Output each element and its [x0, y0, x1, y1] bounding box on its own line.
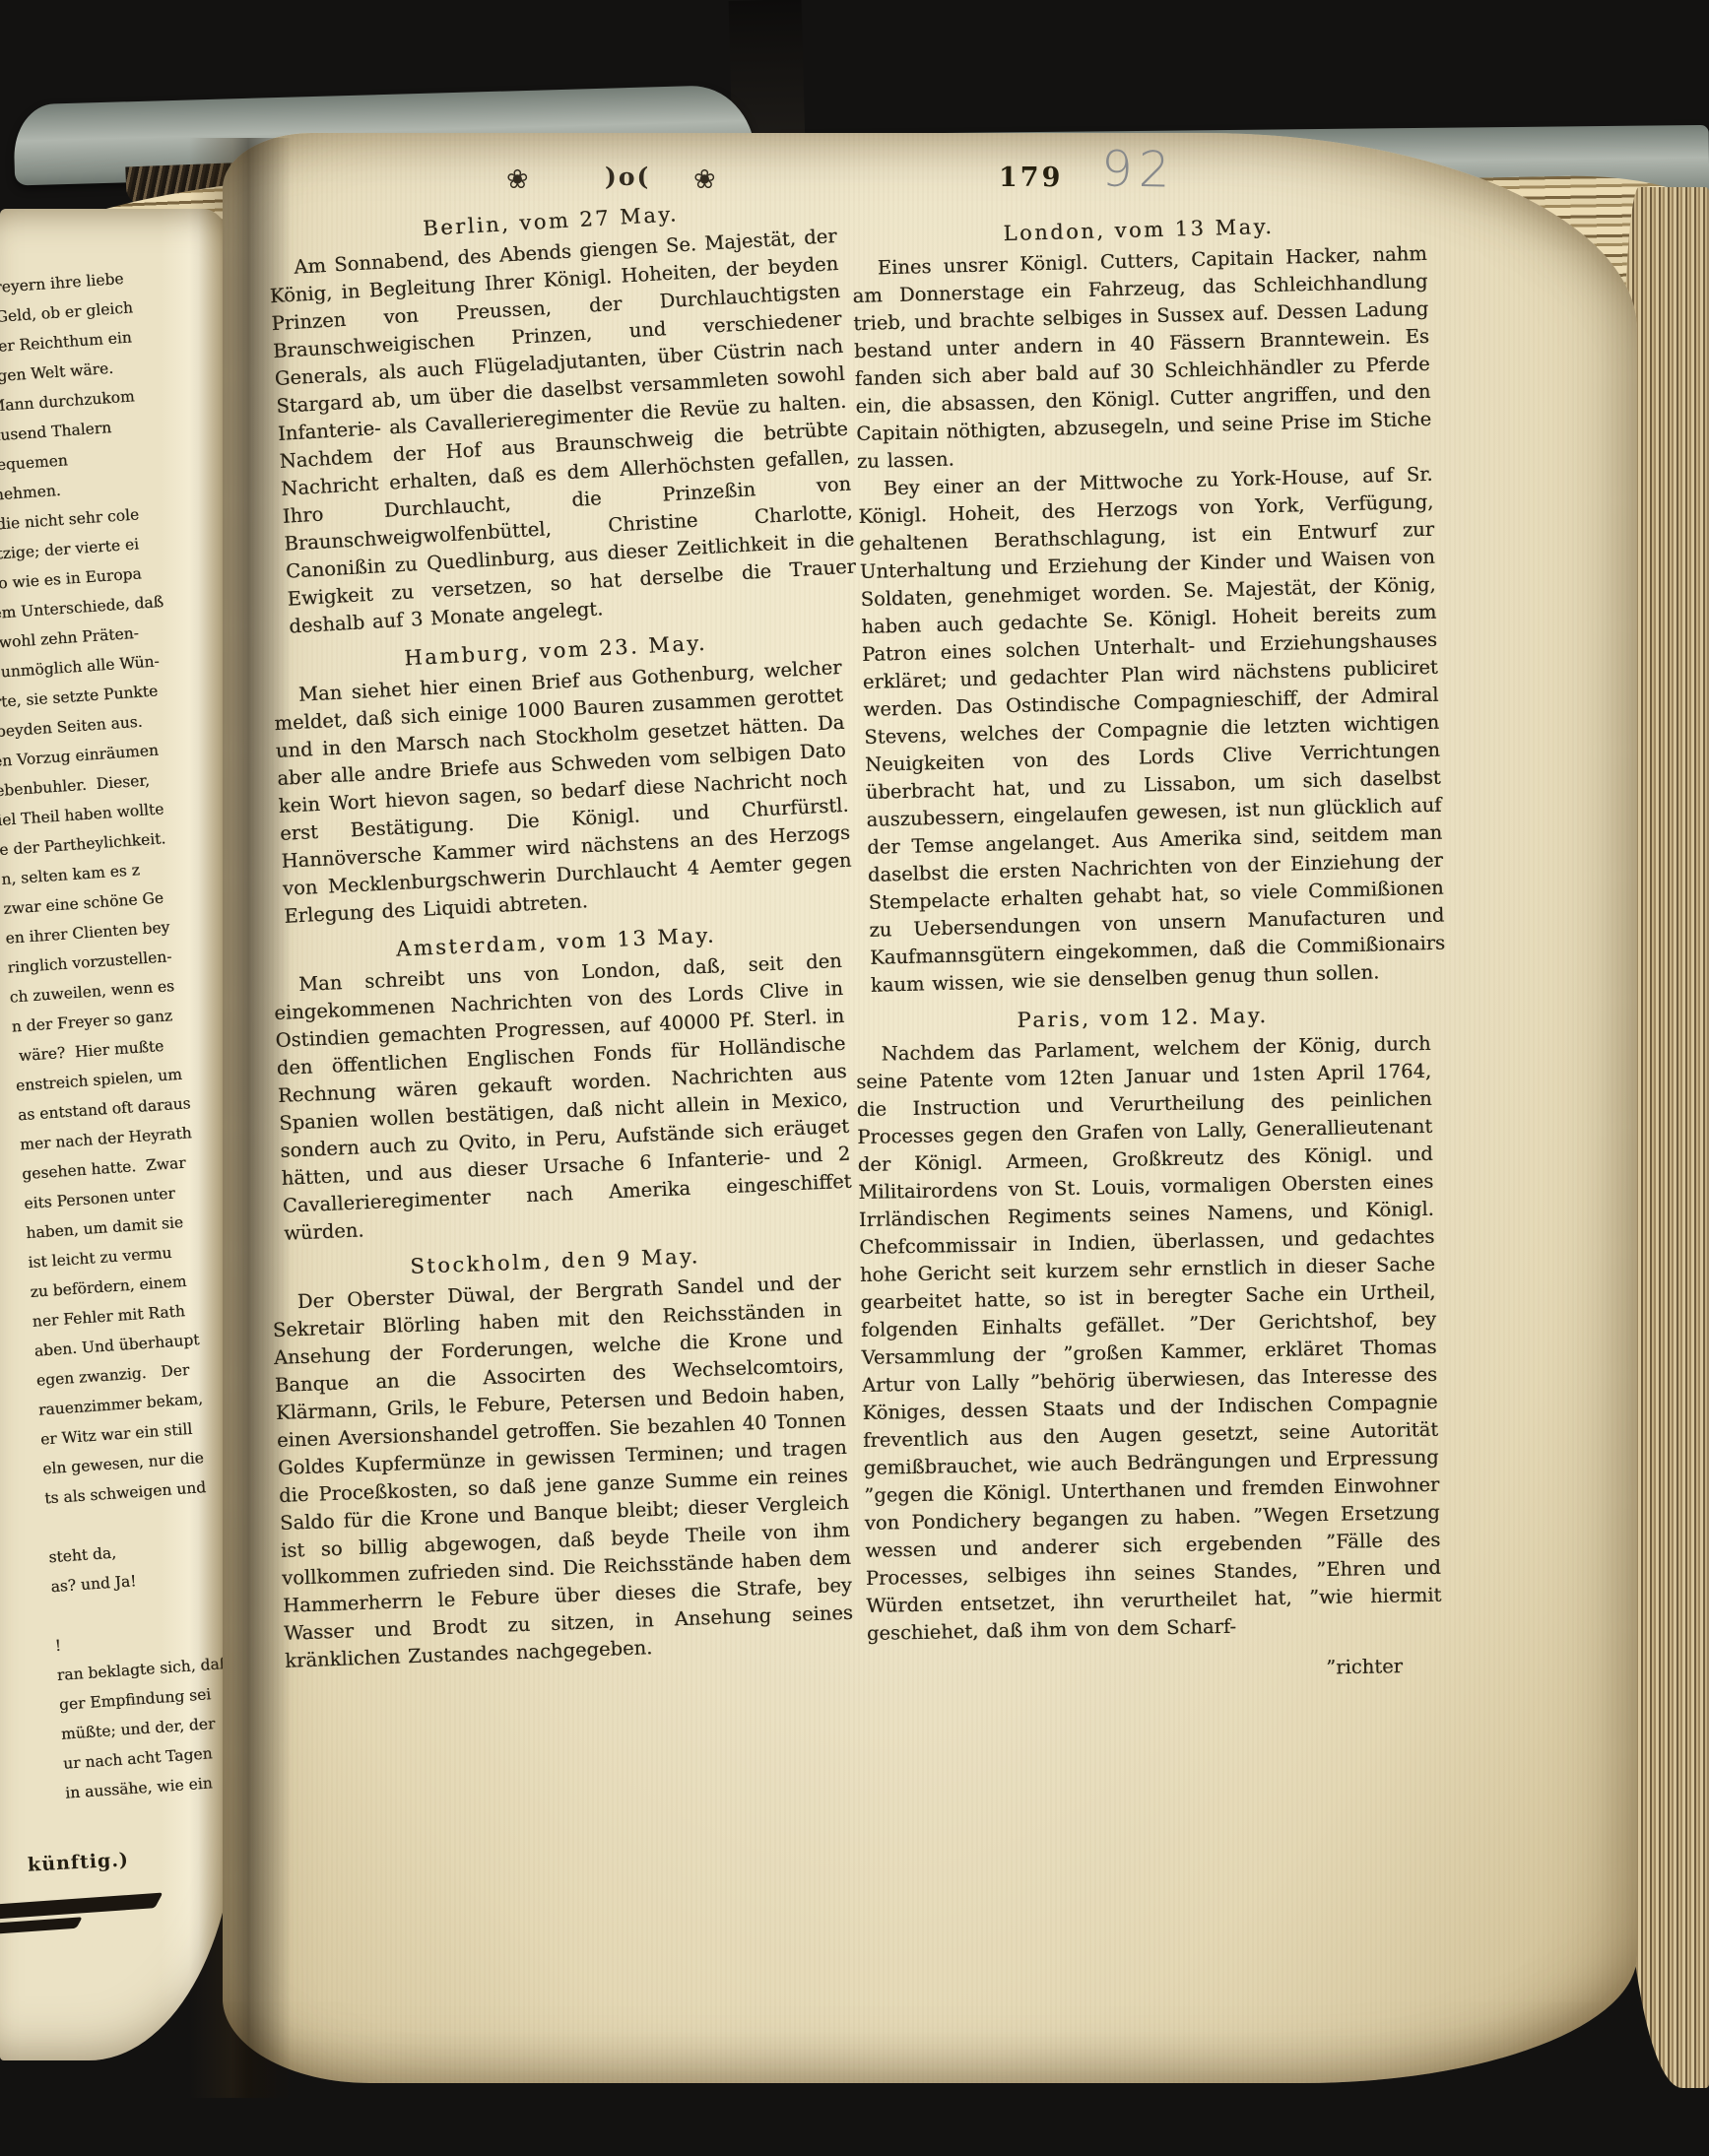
newspaper-page: ❀ )o( ❀ 179 92 Berlin, vom 27 May. Am So…: [223, 133, 1637, 2083]
catchword: ”richter: [861, 1652, 1436, 1690]
column-right: London, vom 13 May. Eines unsrer Königl.…: [861, 216, 1436, 1685]
article-paragraph: Man siehet hier einen Brief aus Gothenbu…: [272, 654, 853, 931]
signature-mark: )o(: [605, 163, 650, 191]
facing-page-text: en Freyern ihre liebe gen Geld, ob er gl…: [0, 261, 236, 1808]
page-number: 179: [999, 163, 1063, 193]
article-paragraph: Man schreibt uns von London, daß, seit d…: [273, 947, 854, 1248]
article-amsterdam: Amsterdam, vom 13 May. Man schreibt uns …: [271, 916, 853, 1248]
facing-page-closing-line: künftig.): [28, 1845, 206, 1875]
article-paris: Paris, vom 12. May. Nachdem das Parlamen…: [855, 999, 1442, 1648]
article-paragraph: Der Oberster Düwal, der Bergrath Sandel …: [271, 1269, 854, 1675]
article-paragraph: Bey einer an der Mittwoche zu York-House…: [857, 461, 1446, 1000]
article-stockholm: Stockholm, den 9 May. Der Oberster Düwal…: [270, 1237, 854, 1675]
article-hamburg: Hamburg, vom 23. May. Man siehet hier ei…: [271, 622, 854, 931]
shell-ornament-icon: ❀: [506, 164, 529, 195]
pencil-folio-number: 92: [1100, 140, 1176, 198]
tailpiece-bar-bottom: [0, 1917, 83, 1936]
article-paragraph: Eines unsrer Königl. Cutters, Capitain H…: [852, 240, 1433, 476]
article-berlin: Berlin, vom 27 May. Am Sonnabend, des Ab…: [266, 191, 858, 641]
article-paragraph: Nachdem das Parlament, welchem der König…: [855, 1030, 1442, 1648]
shell-ornament-icon: ❀: [693, 164, 716, 195]
tailpiece-bar-top: [0, 1893, 163, 1921]
book-scan: en Freyern ihre liebe gen Geld, ob er gl…: [0, 0, 1709, 2156]
article-paragraph: Am Sonnabend, des Abends giengen Se. Maj…: [268, 223, 859, 641]
article-london: London, vom 13 May. Eines unsrer Königl.…: [851, 209, 1446, 1000]
tailpiece-ornament: [0, 1893, 161, 1934]
column-left: Berlin, vom 27 May. Am Sonnabend, des Ab…: [278, 216, 847, 1685]
facing-page: en Freyern ihre liebe gen Geld, ob er gl…: [0, 209, 236, 2060]
